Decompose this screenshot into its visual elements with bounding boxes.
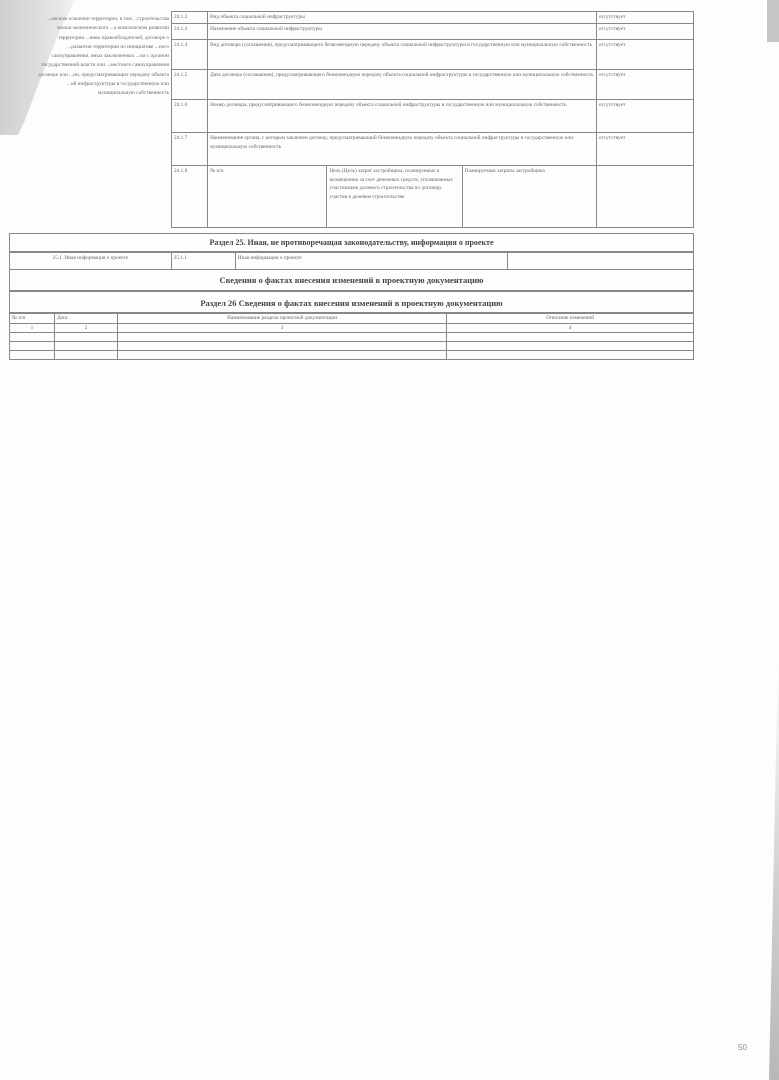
- table-row: 24.1.6 Номер договора, предусматривающег…: [172, 100, 694, 133]
- col-number: 3: [117, 323, 447, 333]
- row-name: Иная информация о проекте: [235, 253, 508, 270]
- costs-label: Планируемые затраты застройщика: [462, 166, 596, 228]
- cell: [54, 342, 117, 351]
- table-header-row: № п/п Дата Наименование раздела проектно…: [10, 314, 694, 324]
- goal-label: Цель (Цель) затрат застройщика, планируе…: [327, 166, 462, 228]
- cell: [447, 351, 694, 360]
- scan-edge-shadow-bottom: [769, 660, 779, 1080]
- header-date: Дата: [54, 314, 117, 324]
- changes-heading: Сведения о фактах внесения изменений в п…: [9, 269, 694, 291]
- page-number: 50: [738, 1043, 747, 1052]
- col-number: 2: [54, 323, 117, 333]
- row-value: отсутствует: [596, 133, 693, 166]
- table-row: 25.1. Иная информация о проекте 25.1.1 И…: [10, 253, 694, 270]
- table-row: 24.1.5 Дата договора (соглашения), преду…: [172, 70, 694, 100]
- scan-edge-shadow: [767, 0, 779, 42]
- table-numbering-row: 1 2 3 4: [10, 323, 694, 333]
- table-row: 24.1.3 Назначение объекта социальной инф…: [172, 24, 694, 40]
- cell: [447, 333, 694, 342]
- section25-title: Раздел 25. Иная, не противоречащая закон…: [9, 233, 694, 252]
- table-row: [10, 333, 694, 342]
- section25-table: 25.1. Иная информация о проекте 25.1.1 И…: [9, 252, 694, 270]
- table-row: [10, 351, 694, 360]
- row-code: 24.1.2: [172, 12, 208, 24]
- num-label: № п/п: [208, 166, 327, 228]
- row-value: отсутствует: [596, 24, 693, 40]
- cell: [54, 351, 117, 360]
- row-name: Вид договора (соглашения), предусматрива…: [208, 40, 597, 70]
- section24-table: 24.1.2 Вид объекта социальной инфраструк…: [171, 11, 694, 228]
- group-label: 25.1. Иная информация о проекте: [10, 253, 172, 270]
- row-code: 24.1.6: [172, 100, 208, 133]
- row-name: Вид объекта социальной инфраструктуры: [208, 12, 597, 24]
- row-code: 24.1.4: [172, 40, 208, 70]
- header-num: № п/п: [10, 314, 55, 324]
- row-code: 24.1.7: [172, 133, 208, 166]
- table-row: 24.1.7 Наименование органа, с которым за…: [172, 133, 694, 166]
- table-row: [10, 342, 694, 351]
- cell: [54, 333, 117, 342]
- row-value: отсутствует: [596, 70, 693, 100]
- cell: [10, 351, 55, 360]
- row-value: [596, 166, 693, 228]
- col-number: 1: [10, 323, 55, 333]
- table-row: 24.1.2 Вид объекта социальной инфраструк…: [172, 12, 694, 24]
- row-value: [508, 253, 694, 270]
- row-code: 24.1.3: [172, 24, 208, 40]
- cell: [447, 342, 694, 351]
- header-description: Описание изменений: [447, 314, 694, 324]
- section26-title: Раздел 26 Сведения о фактах внесения изм…: [9, 291, 694, 313]
- row-name: Номер договора, предусматривающего безво…: [208, 100, 597, 133]
- cell: [117, 333, 447, 342]
- row-name: Назначение объекта социальной инфраструк…: [208, 24, 597, 40]
- row-code: 24.1.5: [172, 70, 208, 100]
- section24-group-label: ...ексном освоении территории, в том ...…: [34, 15, 169, 99]
- row-code: 25.1.1: [171, 253, 235, 270]
- cell: [10, 333, 55, 342]
- row-value: отсутствует: [596, 12, 693, 24]
- cell: [117, 351, 447, 360]
- table-row: 24.1.4 Вид договора (соглашения), предус…: [172, 40, 694, 70]
- row-name: Наименование органа, с которым заключен …: [208, 133, 597, 166]
- table-row: 24.1.8 № п/п Цель (Цель) затрат застройщ…: [172, 166, 694, 228]
- col-number: 4: [447, 323, 694, 333]
- section26-table: № п/п Дата Наименование раздела проектно…: [9, 313, 694, 360]
- header-section-name: Наименование раздела проектной документа…: [117, 314, 447, 324]
- cell: [117, 342, 447, 351]
- row-name: Дата договора (соглашения), предусматрив…: [208, 70, 597, 100]
- cell: [10, 342, 55, 351]
- row-value: отсутствует: [596, 40, 693, 70]
- row-value: отсутствует: [596, 100, 693, 133]
- row-code: 24.1.8: [172, 166, 208, 228]
